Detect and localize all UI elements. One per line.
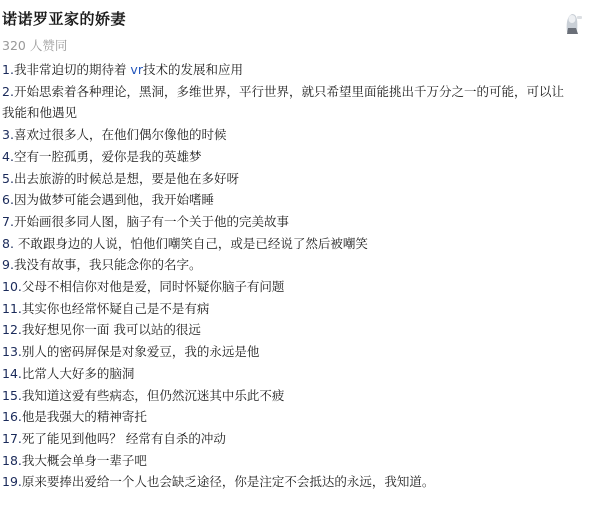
list-item: 15.我知道这爱有些病态，但仍然沉迷其中乐此不疲 — [2, 385, 598, 407]
list-item: 4.空有一腔孤勇，爱你是我的英雄梦 — [2, 146, 598, 168]
list-item: 12.我好想见你一面 我可以站的很远 — [2, 319, 598, 341]
list-item: 10.父母不相信你对他是爱，同时怀疑你脑子有问题 — [2, 276, 598, 298]
list-item: 19.原来要捧出爱给一个人也会缺乏途径，你是注定不会抵达的永远，我知道。 — [2, 471, 598, 493]
list-item: 7.开始画很多同人图，脑子有一个关于他的完美故事 — [2, 211, 598, 233]
list-item: 5.出去旅游的时候总是想，要是他在多好呀 — [2, 168, 598, 190]
vr-link[interactable]: vr — [130, 62, 143, 77]
avatar-icon[interactable] — [562, 10, 584, 34]
list-item: 11.其实你也经常怀疑自己是不是有病 — [2, 298, 598, 320]
list-item: 14.比常人大好多的脑洞 — [2, 363, 598, 385]
list-item: 6.因为做梦可能会遇到他，我开始嗜睡 — [2, 189, 598, 211]
list-item: 3.喜欢过很多人，在他们偶尔像他的时候 — [2, 124, 598, 146]
vote-count: 320 人赞同 — [2, 36, 67, 54]
list-item: 1.我非常迫切的期待着 vr技术的发展和应用 — [2, 59, 598, 81]
author-name[interactable]: 诺诺罗亚家的娇妻 — [2, 8, 126, 29]
list-item: 16.他是我强大的精神寄托 — [2, 406, 598, 428]
list-item: 9.我没有故事，我只能念你的名字。 — [2, 254, 598, 276]
list-item: 8. 不敢跟身边的人说，怕他们嘲笑自己，或是已经说了然后被嘲笑 — [2, 233, 598, 255]
list-item: 18.我大概会单身一辈子吧 — [2, 450, 598, 472]
list-item-continuation: 我能和他遇见 — [2, 102, 598, 124]
answer-list: 1.我非常迫切的期待着 vr技术的发展和应用 2.开始思索着各种理论，黑洞，多维… — [2, 59, 598, 493]
list-item: 17.死了能见到他吗？ 经常有自杀的冲动 — [2, 428, 598, 450]
list-item: 13.别人的密码屏保是对象爱豆，我的永远是他 — [2, 341, 598, 363]
list-item: 2.开始思索着各种理论，黑洞，多维世界，平行世界，就只希望里面能挑出千万分之一的… — [2, 81, 598, 103]
